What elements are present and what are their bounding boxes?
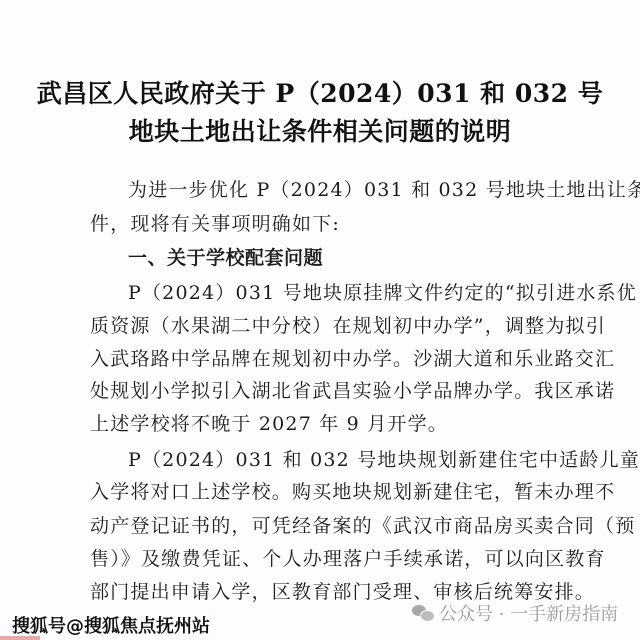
wechat-watermark-text: 公众号 · 一手新房指南	[439, 600, 618, 626]
document-page: 武昌区人民政府关于 P（2024）031 和 032 号 地块土地出让条件相关问…	[0, 0, 640, 640]
wechat-watermark: 公众号 · 一手新房指南	[412, 600, 618, 626]
paragraph-line: 件，现将有关事项明确如下:	[90, 212, 560, 236]
document-title-line1: 武昌区人民政府关于 P（2024）031 和 032 号	[0, 74, 640, 110]
section-heading: 一、关于学校配套问题	[128, 246, 598, 270]
document-title-line2: 地块土地出让条件相关问题的说明	[0, 112, 640, 148]
paragraph-line: 为进一步优化 P（2024）031 和 032 号地块土地出让条	[128, 178, 598, 202]
paragraph-line: 动产登记证书的，可凭经备案的《武汉市商品房买卖合同（预	[90, 514, 560, 538]
paragraph-line: 质资源（水果湖二中分校）在规划初中办学”，调整为拟引	[90, 314, 560, 338]
bottom-strip	[0, 636, 40, 640]
paragraph-line: 入学将对口上述学校。购买地块规划新建住宅，暂未办理不	[90, 480, 560, 504]
paragraph-line: P（2024）031 号地块原挂牌文件约定的“拟引进水系优	[128, 281, 598, 305]
paragraph-line: P（2024）031 和 032 号地块规划新建住宅中适龄儿童	[128, 448, 598, 472]
paragraph-line: 处规划小学拟引入湖北省武昌实验小学品牌办学。我区承诺	[90, 379, 560, 403]
paragraph-line: 上述学校将不晚于 2027 年 9 月开学。	[90, 412, 560, 436]
paragraph-line: 入武珞路中学品牌在规划初中办学。沙湖大道和乐业路交汇	[90, 347, 560, 371]
wechat-icon	[412, 604, 434, 622]
paragraph-line: 售）》及缴费凭证、个人办理落户手续承诺，可以向区教育	[90, 547, 560, 571]
sohu-watermark: 搜狐号@搜狐焦点抚州站	[10, 612, 212, 638]
